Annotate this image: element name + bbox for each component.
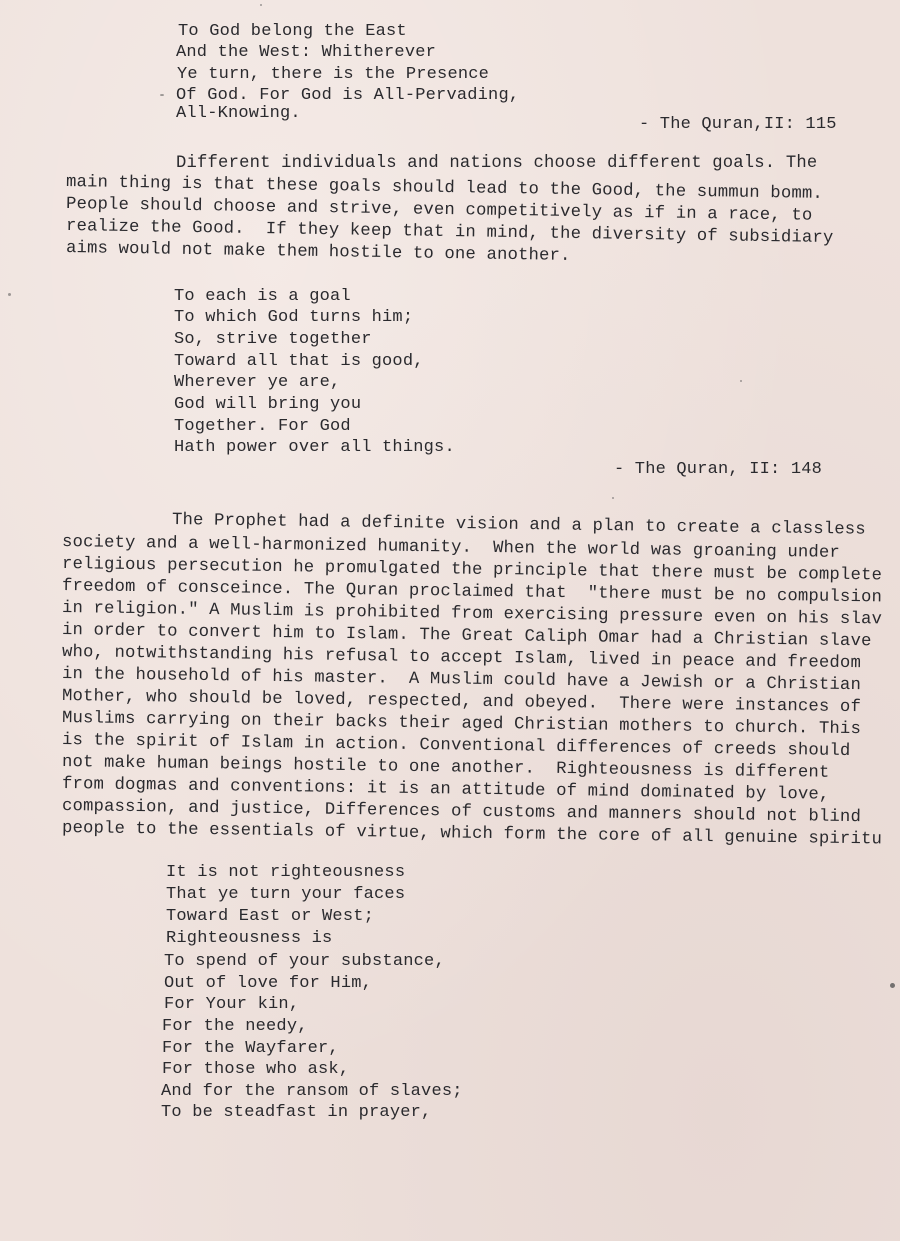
scan-speck	[160, 94, 164, 96]
verse-line: Of God. For God is All-Pervading,	[176, 87, 519, 104]
scan-speck	[740, 380, 742, 382]
verse-line: Hath power over all things.	[174, 439, 455, 456]
paragraph-line: Different individuals and nations choose…	[176, 155, 817, 172]
scan-speck	[260, 4, 262, 6]
verse-line: And the West: Whitherever	[176, 44, 436, 61]
paragraph-line: The Prophet had a definite vision and a …	[172, 512, 866, 539]
verse-line: For those who ask,	[162, 1061, 349, 1078]
verse-line: To spend of your substance,	[164, 953, 445, 970]
verse-line: Righteousness is	[166, 930, 332, 947]
scan-speck	[8, 293, 11, 296]
verse-line: Ye turn, there is the Presence	[177, 66, 489, 83]
attribution-quran-2-148: - The Quran, II: 148	[614, 461, 822, 478]
verse-line: God will bring you	[174, 396, 361, 413]
scanned-page: To God belong the East And the West: Whi…	[0, 0, 900, 1241]
verse-line: Toward East or West;	[166, 908, 374, 925]
verse-line: Wherever ye are,	[174, 374, 340, 391]
verse-line: To be steadfast in prayer,	[161, 1104, 431, 1121]
verse-line: For the Wayfarer,	[162, 1040, 339, 1057]
verse-line: To which God turns him;	[174, 309, 413, 326]
paragraph-line: aims would not make them hostile to one …	[66, 240, 571, 265]
verse-line: Toward all that is good,	[174, 353, 424, 370]
verse-line: Together. For God	[174, 418, 351, 435]
verse-line: That ye turn your faces	[166, 886, 405, 903]
verse-line: For the needy,	[162, 1018, 308, 1035]
verse-line: To God belong the East	[178, 23, 407, 40]
verse-line: To each is a goal	[174, 288, 351, 305]
scan-speck	[612, 497, 614, 499]
attribution-quran-2-115: - The Quran,II: 115	[639, 116, 837, 133]
verse-line: And for the ransom of slaves;	[161, 1083, 463, 1100]
verse-line: All-Knowing.	[176, 105, 301, 122]
verse-line: For Your kin,	[164, 996, 299, 1013]
scan-speck	[890, 983, 895, 988]
verse-line: So, strive together	[174, 331, 372, 348]
verse-line: It is not righteousness	[166, 864, 405, 881]
verse-line: Out of love for Him,	[164, 975, 372, 992]
